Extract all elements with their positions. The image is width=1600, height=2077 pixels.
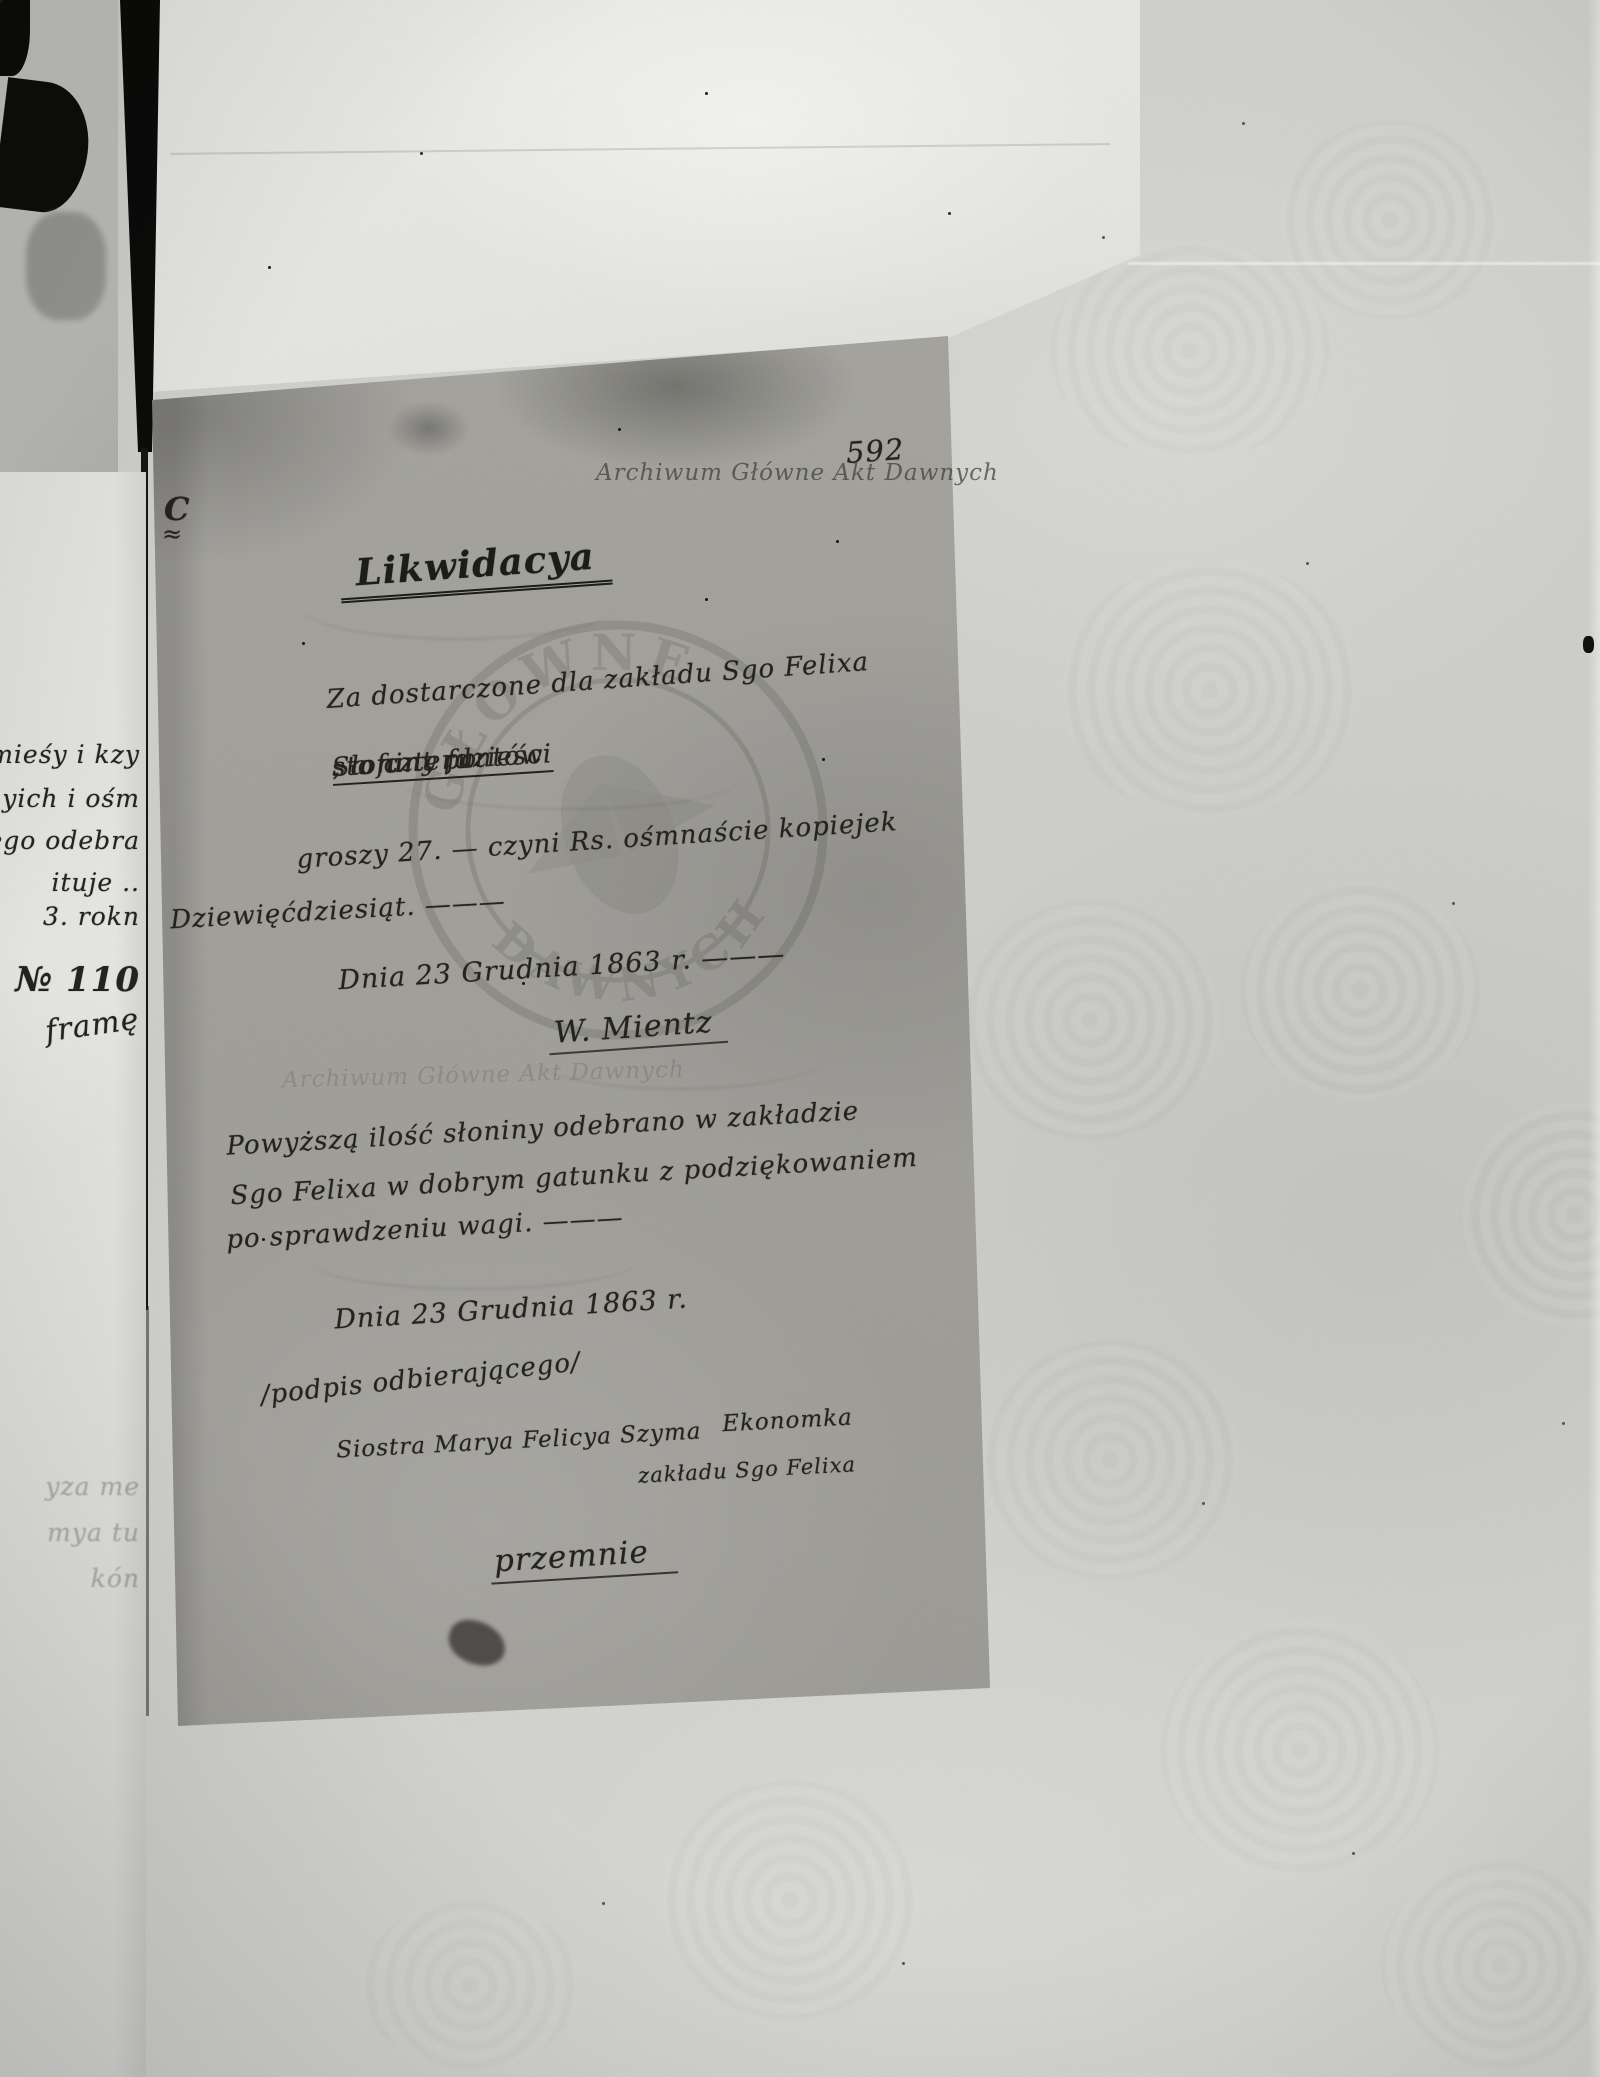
receiver-role: Ekonomka (722, 1404, 854, 1437)
paper-crease (1128, 262, 1600, 265)
document-number: № 110 (15, 960, 140, 1000)
paper-watermark-swirl (1280, 120, 1500, 320)
manuscript-page: GŁÓWNE DAWNYCH C ≈ 592 Likwidacya Za dos… (148, 330, 998, 1735)
paper-watermark-swirl (660, 1780, 920, 2020)
faint-handwriting: kón (91, 1564, 140, 1593)
faint-handwriting: mya tu (47, 1518, 140, 1547)
paper-watermark-swirl (1060, 560, 1360, 820)
film-notch (1583, 636, 1594, 653)
paper-watermark-swirl (1380, 1860, 1600, 2070)
receiver-role-line-2: zakładu Sgo Felixa (638, 1452, 857, 1487)
shadow-smudge (26, 212, 106, 320)
date-line-2: Dnia 23 Grudnia 1863 r. (333, 1284, 688, 1336)
paper-watermark-swirl (1240, 880, 1480, 1100)
receiver-name: Siostra Marya Felicya Szyma (336, 1418, 702, 1463)
final-signature: przemnie (489, 1532, 678, 1584)
archival-photo: mieśy i kzy yich i ośm ącego odebra ituj… (0, 0, 1600, 2077)
left-page-fragment: mieśy i kzy yich i ośm ącego odebra ituj… (0, 472, 146, 2077)
paper-watermark-swirl (1160, 1620, 1440, 1880)
paper-watermark-swirl (1460, 1100, 1600, 1330)
faint-handwriting: yza me (45, 1472, 140, 1501)
page-right-edge (1588, 0, 1600, 2077)
cutoff-handwriting: ącego odebra (0, 826, 140, 855)
cutoff-handwriting: ituje .. (51, 868, 140, 897)
dust-specks (0, 0, 3, 3)
cutoff-handwriting: framę (43, 1002, 141, 1050)
receiver-label: /podpis odbierającego/ (259, 1347, 582, 1410)
paper-watermark-swirl (980, 1340, 1240, 1580)
archive-watermark-text: Archiwum Główne Akt Dawnych (596, 460, 999, 486)
paper-watermark-swirl (360, 1900, 580, 2070)
corner-letter-mark: ≈ (162, 520, 183, 548)
cutoff-handwriting: 3. rokn (43, 902, 140, 931)
paper-watermark-swirl (960, 900, 1220, 1140)
ink-smudge (443, 1614, 511, 1672)
cutoff-handwriting: yich i ośm (2, 784, 140, 813)
cutoff-handwriting: mieśy i kzy (0, 740, 140, 769)
